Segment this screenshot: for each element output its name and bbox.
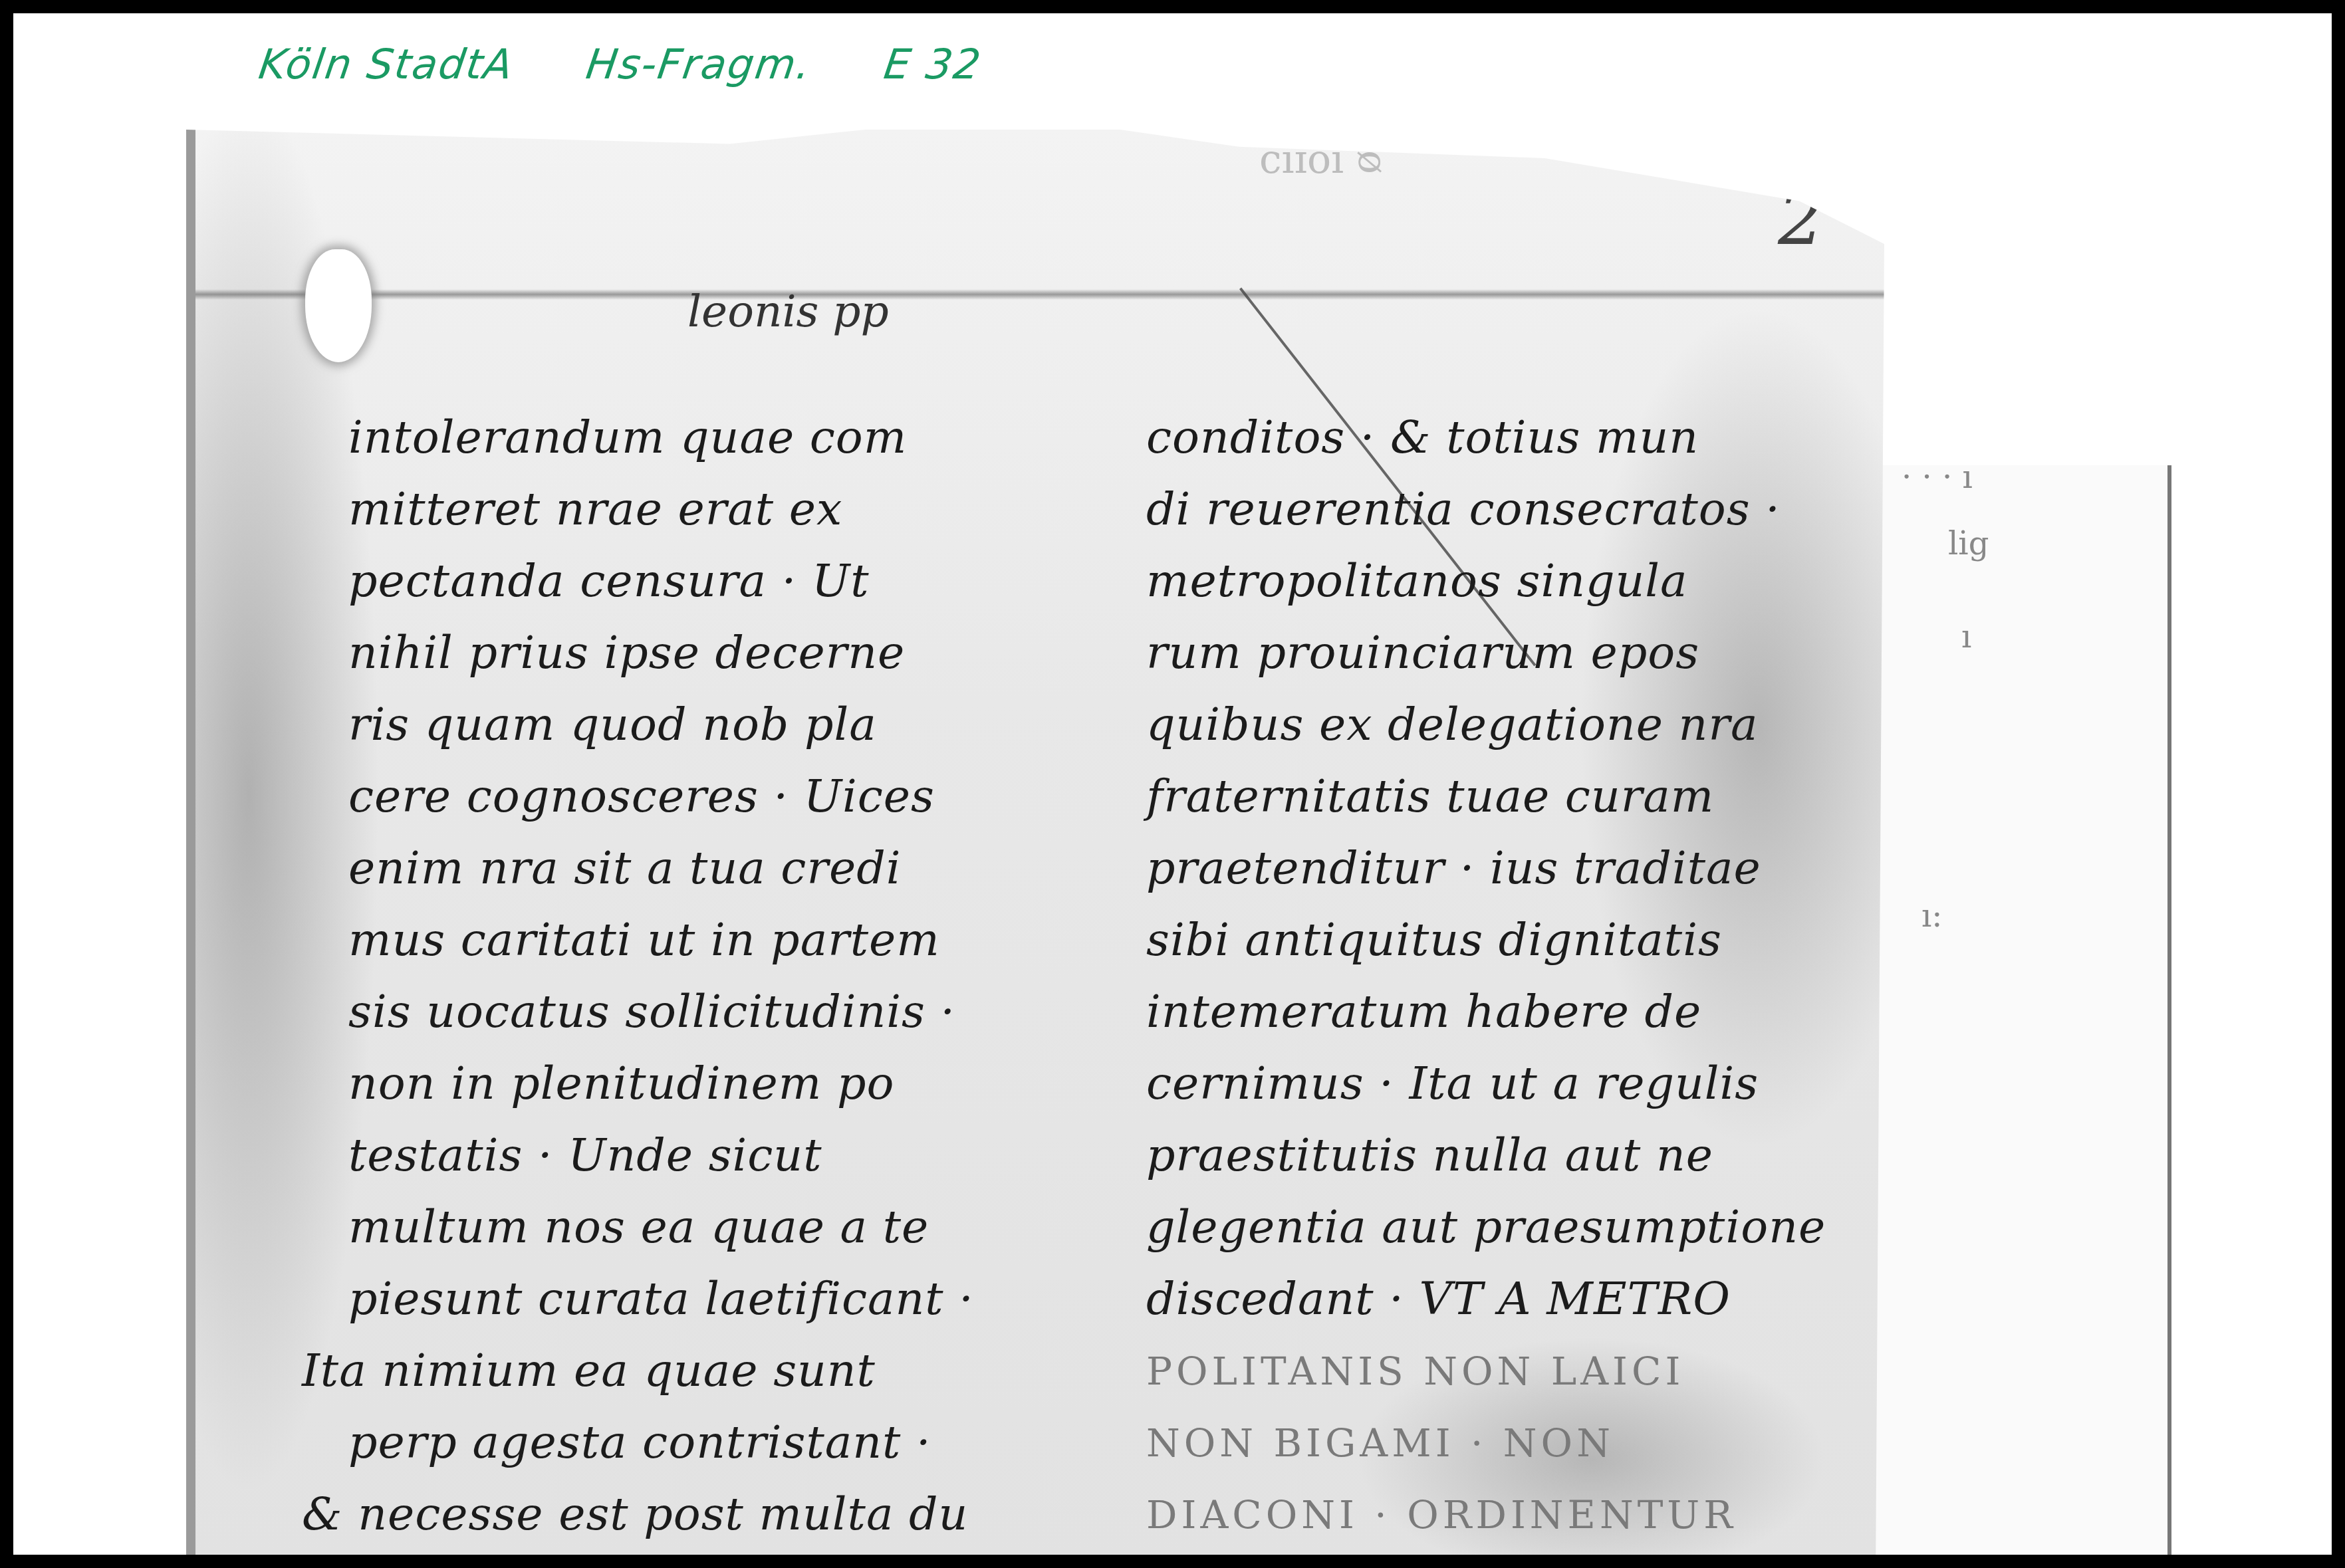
manuscript-leaf: cıɪoı ᴓ 2 leonis pp intolerandum quae co…: [186, 130, 1884, 1555]
text-line: testatis · Unde sicut: [348, 1120, 974, 1192]
folio-number: 2: [1778, 176, 1824, 261]
side-leaf-mark: ı:: [1921, 897, 1943, 935]
rubric-line-faded: DIACONI · ORDINENTUR: [1146, 1479, 1826, 1551]
text-line: rum prouinciarum epos: [1146, 617, 1826, 689]
text-line: di reuerentia consecratos ·: [1146, 474, 1826, 546]
text-line: pectanda censura · Ut: [348, 546, 974, 617]
side-leaf-mark: lig: [1948, 525, 1989, 562]
text-line: enim nra sit a tua credi: [348, 833, 974, 905]
shelfmark: E 32: [881, 40, 985, 88]
archival-annotation: Köln StadtAHs-Fragm.E 32: [256, 40, 1058, 88]
text-line: metropolitanos singula: [1146, 546, 1826, 617]
adjacent-leaf: · · · ı lig ı ı:: [1875, 465, 2171, 1555]
text-line: sibi antiquitus dignitatis: [1146, 905, 1826, 976]
rubric-line-faded: POLITANIS NON LAICI: [1146, 1335, 1826, 1407]
text-line-initial: Ita nimium ea quae sunt: [302, 1335, 974, 1407]
archive-name: Köln StadtA: [256, 40, 517, 88]
text-line: multum nos ea quae a te: [348, 1192, 974, 1264]
text-line: conditos · & totius mun: [1146, 402, 1826, 474]
text-column-right: conditos · & totius mun di reuerentia co…: [1146, 402, 1826, 1551]
parchment-hole: [305, 249, 372, 362]
collection-name: Hs-Fragm.: [583, 40, 814, 88]
text-line: intemeratum habere de: [1146, 976, 1826, 1048]
running-title: leonis pp: [687, 286, 889, 337]
text-line: mus caritati ut in partem: [348, 905, 974, 976]
text-line: mitteret nrae erat ex: [348, 474, 974, 546]
text-line: intolerandum quae com: [348, 402, 974, 474]
text-line: perp agesta contristant ·: [348, 1407, 974, 1479]
text-line-initial: & necesse est post multa du: [302, 1479, 974, 1551]
text-line: fraternitatis tuae curam: [1146, 761, 1826, 833]
text-column-left: intolerandum quae com mitteret nrae erat…: [348, 402, 974, 1551]
text-line: discedant · VT A METRO: [1146, 1264, 1826, 1335]
text-line: ris quam quod nob pla: [348, 689, 974, 761]
side-leaf-mark: ı: [1961, 618, 1971, 655]
text-line: praestitutis nulla aut ne: [1146, 1120, 1826, 1192]
text-line: cernimus · Ita ut a regulis: [1146, 1048, 1826, 1120]
offset-ghost-text: cıɪoı ᴓ: [1259, 136, 1382, 183]
fold-line: [195, 289, 1884, 300]
text-line: praetenditur · ius traditae: [1146, 833, 1826, 905]
text-line: sis uocatus sollicitudinis ·: [348, 976, 974, 1048]
side-leaf-mark: · · · ı: [1902, 459, 1973, 496]
text-line: nihil prius ipse decerne: [348, 617, 974, 689]
text-line: cere cognosceres · Uices: [348, 761, 974, 833]
text-line: glegentia aut praesumptione: [1146, 1192, 1826, 1264]
photograph-frame: Köln StadtAHs-Fragm.E 32 · · · ı lig ı ı…: [13, 13, 2332, 1555]
text-line: quibus ex delegatione nra: [1146, 689, 1826, 761]
rubric-line-faded: NON BIGAMI · NON: [1146, 1407, 1826, 1479]
text-line: non in plenitudinem po: [348, 1048, 974, 1120]
text-line: piesunt curata laetificant ·: [348, 1264, 974, 1335]
